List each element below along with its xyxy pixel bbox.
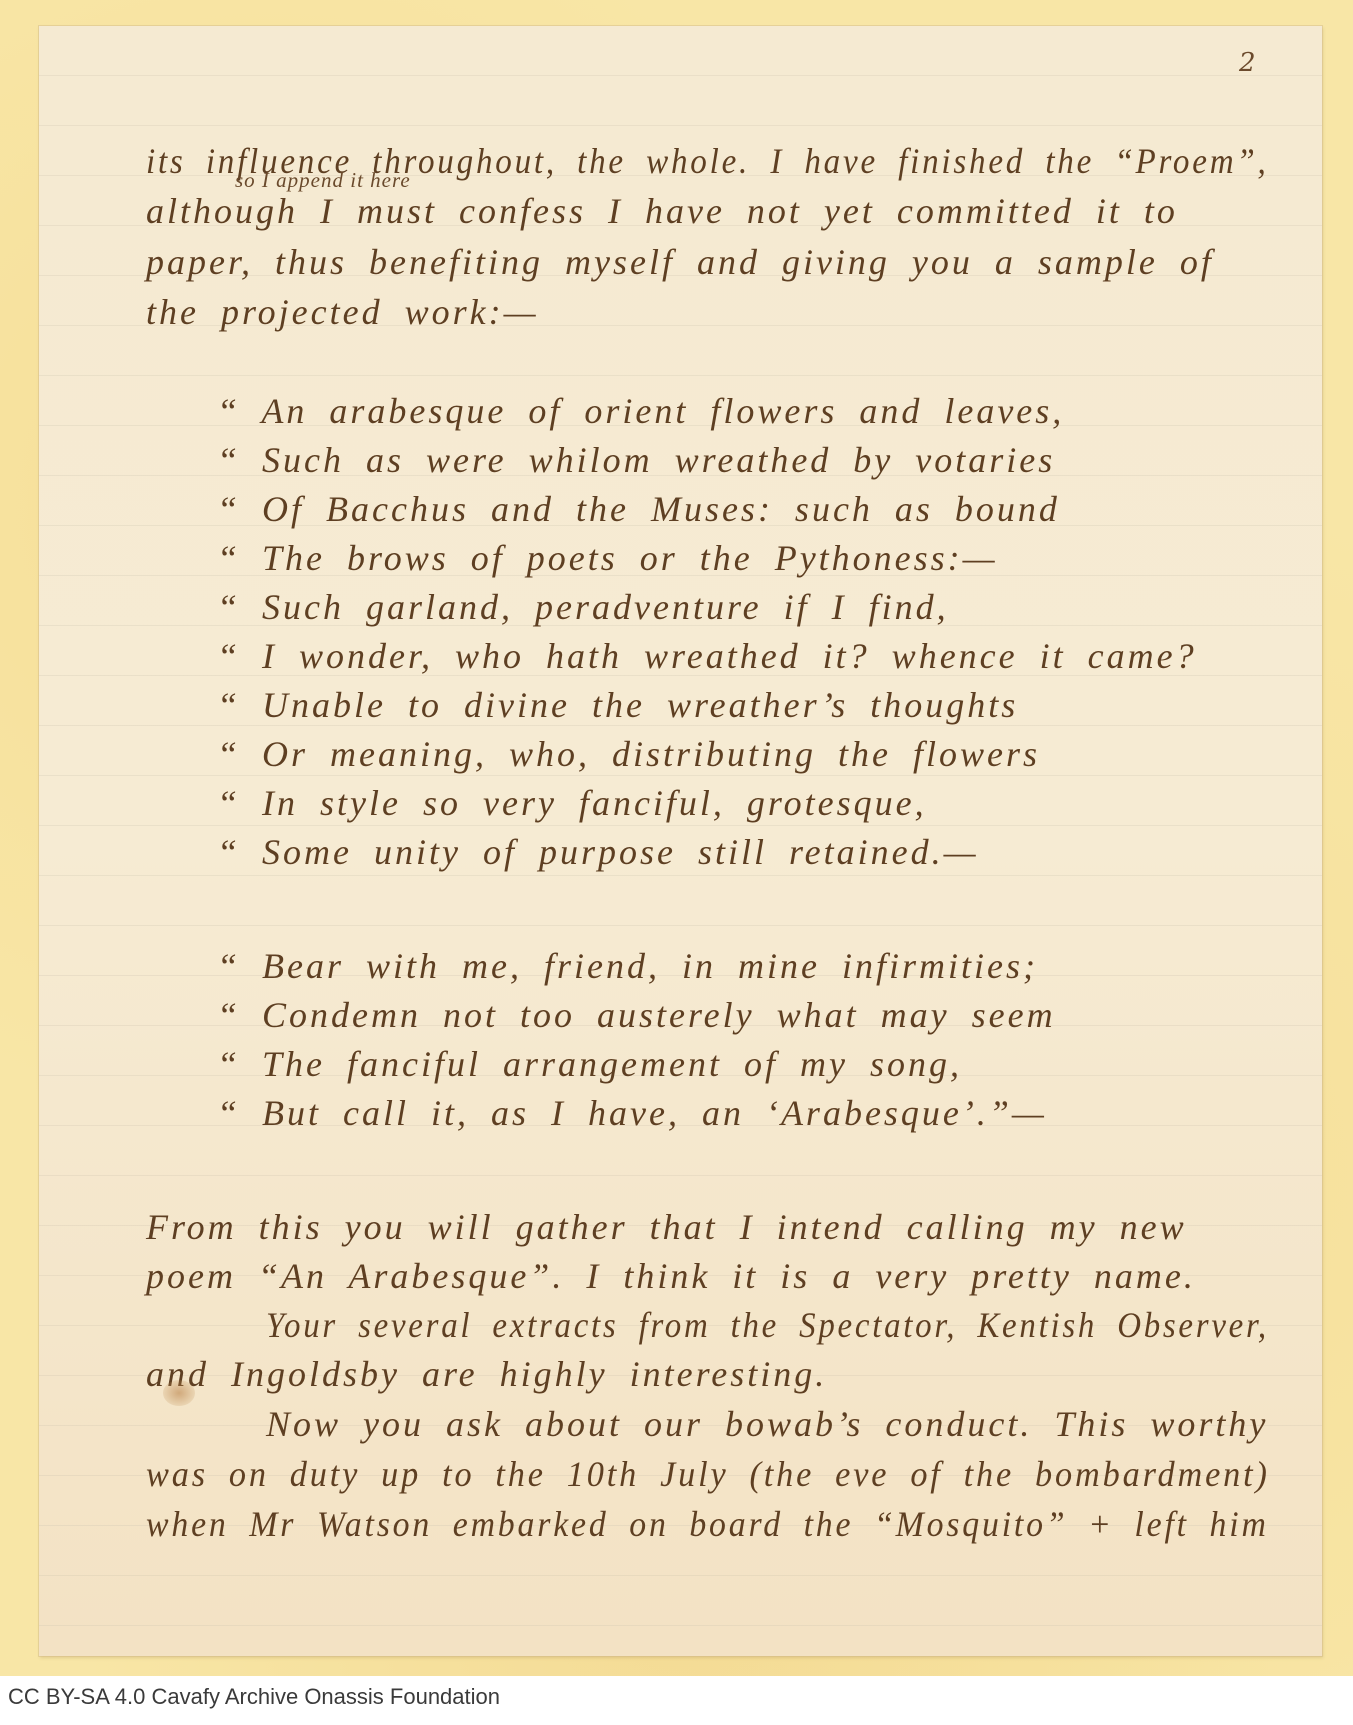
poem-line: “ The fanciful arrangement of my song, (217, 1046, 962, 1082)
poem-line: “ I wonder, who hath wreathed it? whence… (217, 638, 1197, 674)
poem-line: “ The brows of poets or the Pythoness:— (217, 540, 998, 576)
closing-line: when Mr Watson embarked on board the “Mo… (146, 1506, 1269, 1542)
poem-line: “ In style so very fanciful, grotesque, (217, 785, 927, 821)
page-number: 2 (1239, 48, 1256, 78)
closing-line: and Ingoldsby are highly interesting. (146, 1356, 827, 1392)
intro-line: paper, thus benefiting myself and giving… (146, 244, 1214, 280)
poem-line: “ Condemn not too austerely what may see… (217, 997, 1056, 1033)
license-credit: CC BY-SA 4.0 Cavafy Archive Onassis Foun… (8, 1684, 500, 1710)
closing-line: poem “An Arabesque”. I think it is a ver… (146, 1258, 1196, 1294)
insertion-note: so I append it here (235, 168, 411, 193)
closing-line: was on duty up to the 10th July (the eve… (146, 1456, 1270, 1492)
poem-line: “ Some unity of purpose still retained.— (217, 834, 979, 870)
poem-line: “ Bear with me, friend, in mine infirmit… (217, 948, 1038, 984)
intro-line: although I must confess I have not yet c… (146, 193, 1178, 229)
intro-line: the projected work:— (146, 294, 539, 330)
poem-line: “ Unable to divine the wreather’s though… (217, 687, 1018, 723)
poem-line: “ An arabesque of orient flowers and lea… (217, 393, 1064, 429)
scan-backing: 2 its influence throughout, the whole. I… (0, 0, 1353, 1676)
closing-line: Now you ask about our bowab’s conduct. T… (266, 1406, 1268, 1442)
poem-line: “ Such garland, peradventure if I find, (217, 589, 949, 625)
letter-sheet: 2 its influence throughout, the whole. I… (39, 26, 1322, 1656)
closing-line: From this you will gather that I intend … (146, 1209, 1187, 1245)
poem-line: “ Or meaning, who, distributing the flow… (217, 736, 1040, 772)
poem-line: “ Of Bacchus and the Muses: such as boun… (217, 491, 1060, 527)
poem-line: “ But call it, as I have, an ‘Arabesque’… (217, 1095, 1047, 1131)
poem-line: “ Such as were whilom wreathed by votari… (217, 442, 1055, 478)
closing-line: Your several extracts from the Spectator… (266, 1307, 1269, 1343)
ink-stain (163, 1380, 195, 1406)
